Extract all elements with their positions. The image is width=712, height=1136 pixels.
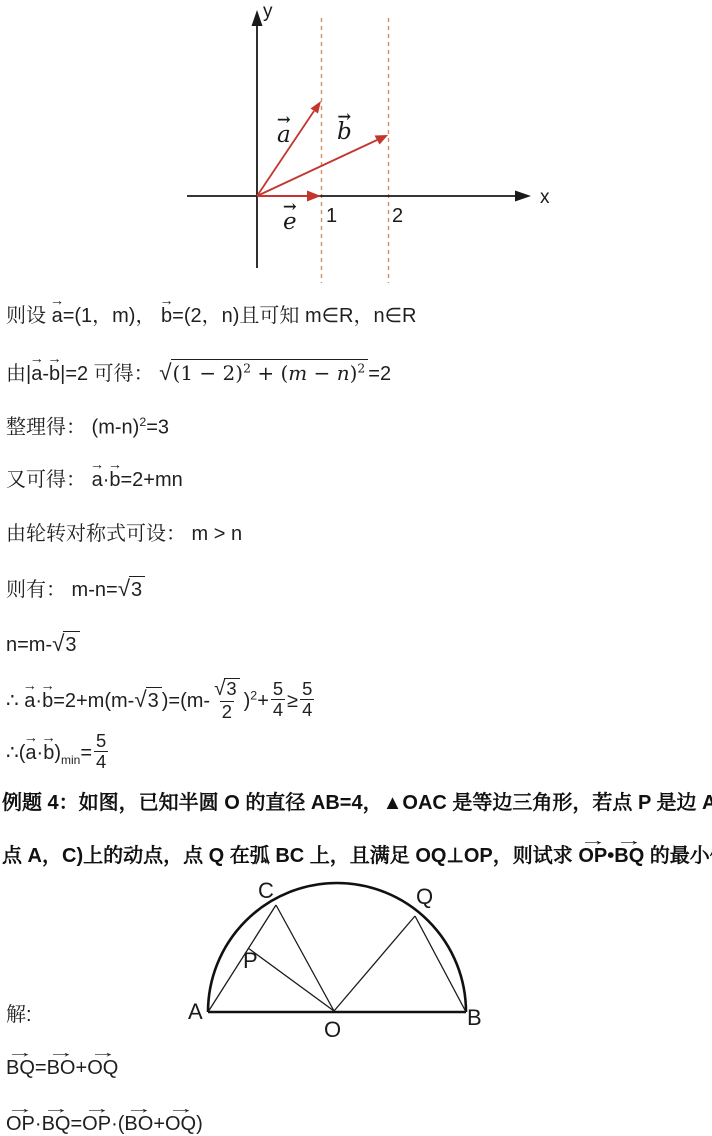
example4-line1: 例题 4：如图，已知半圆 O 的直径 AB=4，▲OAC 是等边三角形，若点 P…	[2, 790, 712, 816]
vector-e-label: e	[283, 211, 297, 234]
solution-line1: BQ=BO+OQ	[6, 1055, 118, 1081]
vector-oq: OQ	[87, 1057, 118, 1079]
fraction: 54	[94, 731, 108, 772]
point-label-A: A	[188, 1001, 203, 1023]
fraction: √32	[212, 678, 242, 722]
vector-b: b	[49, 363, 60, 385]
vector-a: a	[25, 742, 36, 764]
square-root: √3	[134, 685, 161, 714]
vector-a-label: a	[277, 124, 291, 147]
numerator: 5	[94, 731, 108, 751]
tick-label-2: 2	[392, 206, 403, 226]
denominator: 4	[300, 699, 314, 720]
vector-a: a	[52, 305, 63, 327]
tick-label-1: 1	[326, 206, 337, 226]
vector-b-label: b	[337, 121, 352, 144]
math-variable: m	[288, 361, 307, 385]
vector-bo: BO	[47, 1057, 76, 1079]
math-variable: n	[337, 361, 350, 385]
numerator: √3	[212, 678, 242, 701]
vector-op: OP	[82, 1113, 111, 1135]
vector-e-arrowhead	[307, 191, 321, 202]
square-root: √3	[52, 629, 79, 658]
point-label-P: P	[243, 950, 258, 972]
vector-a: a	[31, 363, 42, 385]
solution-label: 解:	[6, 1002, 32, 1028]
vector-coordinate-diagram	[180, 0, 560, 290]
radicand: 3	[146, 687, 162, 714]
superscript: 2	[243, 360, 251, 375]
vector-b: b	[109, 469, 120, 491]
point-label-Q: Q	[416, 886, 433, 908]
point-label-B: B	[467, 1007, 482, 1029]
superscript: 2	[357, 360, 365, 375]
superscript: 2	[139, 415, 146, 429]
y-axis-label: y	[263, 2, 273, 21]
radicand: 3	[224, 678, 239, 699]
line-dotprod: 又可得： a·b=2+mn	[6, 467, 183, 493]
line-minimum: ∴(a·b)min=54	[6, 733, 110, 774]
math-solution-page: y x a b e 1 2 则设 a=(1，m)， b=(2，n)且可知 m∈R…	[0, 0, 712, 1136]
vector-bq: BQ	[6, 1057, 35, 1079]
vector-oq: OQ	[165, 1113, 196, 1135]
example4-line2: 点 A，C)上的动点，点 Q 在弧 BC 上，且满足 OQ⊥OP，则试求 OP•…	[2, 843, 712, 869]
square-root: √(1 − 2)2 + (m − n)2	[159, 358, 368, 387]
segment-OQ	[334, 916, 415, 1011]
subscript: min	[61, 753, 80, 767]
denominator: 4	[94, 751, 108, 772]
x-axis-arrowhead	[515, 191, 531, 202]
line-expand: ∴ a·b=2+m(m-√3)=(m-√32)2+54≥54	[6, 680, 316, 724]
vector-b: b	[43, 742, 54, 764]
vector-bo: BO	[124, 1113, 153, 1135]
fraction: 54	[271, 679, 285, 720]
line-norm: 由|a-b|=2 可得： √(1 − 2)2 + (m − n)2=2	[6, 358, 391, 387]
vector-op: OP	[6, 1113, 35, 1135]
line-symmetry: 由轮转对称式可设： m > n	[6, 521, 242, 547]
square-root: √3	[118, 574, 145, 603]
radicand: (1 − 2)2 + (m − n)2	[171, 359, 369, 386]
point-label-O: O	[324, 1019, 341, 1041]
line-simplify: 整理得： (m-n)2=3	[6, 414, 169, 441]
vector-bq: BQ	[42, 1113, 71, 1135]
segment-QB	[415, 916, 466, 1012]
square-root: √3	[214, 678, 240, 701]
segment-PO	[248, 948, 334, 1011]
fraction: 54	[300, 679, 314, 720]
vector-op: OP	[578, 845, 607, 867]
numerator: 5	[271, 679, 285, 699]
radicand: 3	[129, 576, 145, 603]
line-n-expr: n=m-√3	[6, 629, 80, 658]
x-axis-label: x	[540, 188, 550, 207]
vector-bq: BQ	[614, 845, 644, 867]
solution-line2: OP·BQ=OP·(BO+OQ)	[6, 1111, 203, 1136]
line-setup: 则设 a=(1，m)， b=(2，n)且可知 m∈R，n∈R	[6, 303, 416, 329]
y-axis-arrowhead	[252, 10, 263, 26]
vector-a-arrowhead	[311, 101, 322, 114]
numerator: 5	[300, 679, 314, 699]
vector-a: a	[24, 690, 35, 712]
line-then: 则有： m-n=√3	[6, 574, 145, 603]
denominator: 2	[220, 701, 234, 722]
denominator: 4	[271, 699, 285, 720]
radicand: 3	[63, 631, 79, 658]
vector-a: a	[92, 469, 103, 491]
superscript: 2	[250, 689, 257, 703]
vector-b: b	[161, 305, 172, 327]
vector-b: b	[42, 690, 53, 712]
point-label-C: C	[258, 880, 274, 902]
segment-CO	[276, 905, 334, 1011]
